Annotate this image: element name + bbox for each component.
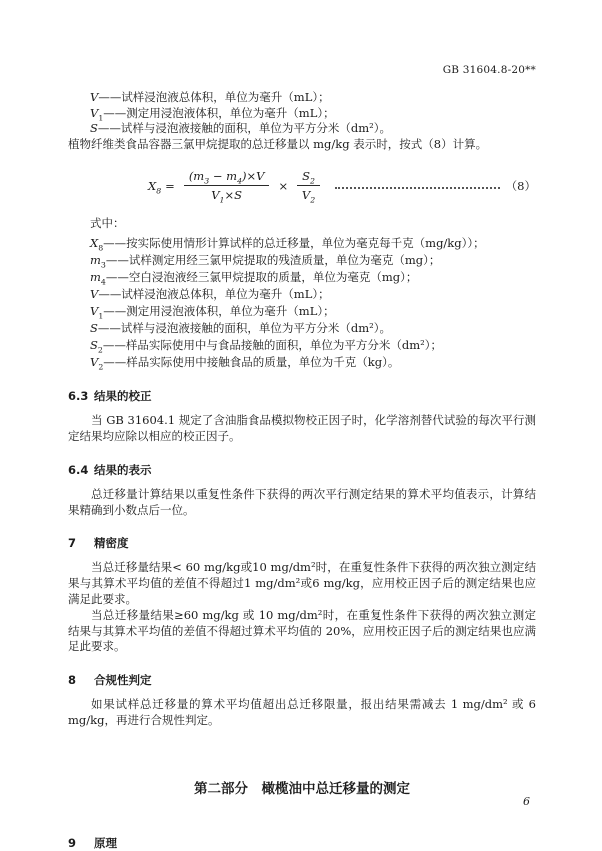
- dot-leader: [335, 186, 500, 189]
- multiply-sign: ×: [278, 179, 288, 193]
- definition-line: S——试样与浸泡液接触的面积，单位为平方分米（dm²）。: [90, 121, 536, 137]
- section-heading-7: 7精密度: [68, 535, 536, 551]
- where-label: 式中：: [90, 215, 536, 231]
- section-number: 9: [68, 836, 94, 850]
- definition-line: V2——样品实际使用中接触食品的质量，单位为千克（kg）。: [90, 354, 536, 371]
- intro-paragraph: 植物纤维类食品容器三氯甲烷提取的总迁移量以 mg/kg 表示时，按式（8）计算。: [68, 137, 536, 153]
- definition-line: V——试样浸泡液总体积，单位为毫升（mL）；: [90, 286, 536, 303]
- section-heading-9: 9原理: [68, 835, 536, 851]
- definition-line: m4——空白浸泡液经三氯甲烷提取的质量，单位为毫克（mg）；: [90, 269, 536, 286]
- page-number: 6: [523, 795, 530, 808]
- document-page: GB 31604.8-20** V——试样浸泡液总体积，单位为毫升（mL）； V…: [0, 0, 602, 851]
- section-title: 精密度: [94, 536, 129, 550]
- where-list: X8——按实际使用情形计算试样的总迁移量，单位为毫克每千克（mg/kg））； m…: [68, 235, 536, 371]
- section-paragraph: 当 GB 31604.1 规定了含油脂食品模拟物校正因子时，化学溶剂替代试验的每…: [68, 413, 536, 445]
- section-paragraph: 总迁移量计算结果以重复性条件下获得的两次平行测定结果的算术平均值表示，计算结果精…: [68, 487, 536, 519]
- fraction-main-numerator: (m3 − m4)×V: [184, 169, 270, 186]
- fraction-ratio-denominator: V2: [302, 186, 315, 202]
- definition-line: V——试样浸泡液总体积，单位为毫升（mL）；: [90, 90, 536, 106]
- equation-number: （8）: [506, 178, 536, 194]
- definition-line: V1——测定用浸泡液体积，单位为毫升（mL）；: [90, 106, 536, 122]
- section-number: 6.4: [68, 463, 94, 477]
- section-title: 结果的表示: [94, 463, 152, 477]
- fraction-main-denominator: V1×S: [211, 186, 242, 202]
- part-heading: 第二部分 橄榄油中总迁移量的测定: [68, 777, 536, 797]
- section-paragraph: 当总迁移量结果≥60 mg/kg 或 10 mg/dm²时，在重复性条件下获得的…: [68, 608, 536, 655]
- definition-line: S——试样与浸泡液接触的面积，单位为平方分米（dm²）。: [90, 320, 536, 337]
- section-number: 8: [68, 673, 94, 687]
- definition-line: m3——试样测定用经三氯甲烷提取的残渣质量，单位为毫克（mg）；: [90, 252, 536, 269]
- standard-code: GB 31604.8-20**: [68, 64, 536, 76]
- section-number: 6.3: [68, 389, 94, 403]
- fraction-ratio: S2 V2: [297, 169, 320, 202]
- section-paragraph: 当总迁移量结果< 60 mg/kg或10 mg/dm²时，在重复性条件下获得的两…: [68, 560, 536, 607]
- section-title: 结果的校正: [94, 389, 152, 403]
- section-title: 原理: [94, 836, 117, 850]
- formula-8: X8 = (m3 − m4)×V V1×S × S2 V2 （8）: [148, 169, 536, 202]
- section-heading-6-3: 6.3结果的校正: [68, 388, 536, 404]
- definition-line: X8——按实际使用情形计算试样的总迁移量，单位为毫克每千克（mg/kg））；: [90, 235, 536, 252]
- section-heading-6-4: 6.4结果的表示: [68, 462, 536, 478]
- formula-lhs: X8: [148, 179, 161, 193]
- definition-line: V1——测定用浸泡液体积，单位为毫升（mL）；: [90, 303, 536, 320]
- section-number: 7: [68, 536, 94, 550]
- top-definitions: V——试样浸泡液总体积，单位为毫升（mL）； V1——测定用浸泡液体积，单位为毫…: [68, 90, 536, 137]
- section-paragraph: 如果试样总迁移量的算术平均值超出总迁移限量，报出结果需减去 1 mg/dm² 或…: [68, 697, 536, 729]
- section-title: 合规性判定: [94, 673, 152, 687]
- definition-line: S2——样品实际使用中与食品接触的面积，单位为平方分米（dm²）；: [90, 337, 536, 354]
- section-heading-8: 8合规性判定: [68, 672, 536, 688]
- equals-sign: =: [165, 179, 175, 193]
- fraction-main: (m3 − m4)×V V1×S: [184, 169, 270, 202]
- fraction-ratio-numerator: S2: [297, 169, 320, 186]
